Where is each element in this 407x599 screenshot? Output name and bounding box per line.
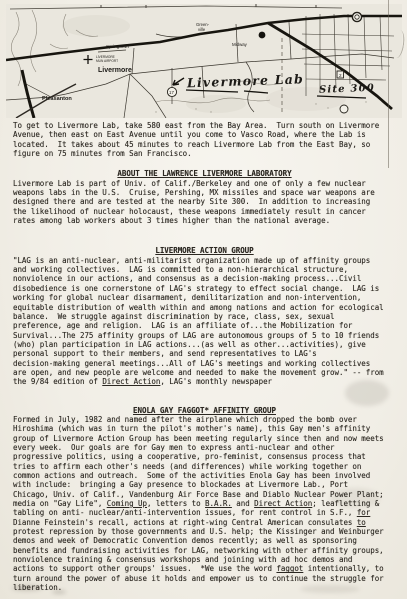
- text-line: tries to affirm each other's needs (and …: [13, 462, 396, 471]
- directions-paragraph: To get to Livermore Lab, take 580 east f…: [13, 121, 396, 158]
- text-line: demos and week of Democratic Convention …: [13, 536, 396, 545]
- town-label-livermore: Livermore: [98, 67, 132, 74]
- text-line: Chicago, Univ. of Calif., Vandenburg Air…: [13, 490, 396, 499]
- text-line: progressive politics, using a cooperativ…: [13, 452, 396, 461]
- text-line: nonviolence in our actions, and consensu…: [13, 274, 396, 283]
- airport-label-line2: MUN AIRPORT: [96, 59, 118, 63]
- text-line: "LAG is an anti-nuclear, anti-militarist…: [13, 256, 396, 265]
- route-shield-top-right: [352, 12, 361, 21]
- text-line: actions to support other groups' issues.…: [13, 564, 396, 573]
- scan-blotch: [62, 15, 130, 37]
- town-label-pleasanton: Pleasanton: [42, 96, 72, 102]
- route-shield-bottom: [340, 105, 348, 113]
- text-line: liberation.: [13, 583, 396, 592]
- text-line: and working collectives. LAG is committe…: [13, 265, 396, 274]
- text-line: Dianne Feinstein's recall, actions at ri…: [13, 518, 396, 527]
- county-route-2-marker: 2: [337, 71, 344, 78]
- section-heading-livermore-laboratory: ABOUT THE LAWRENCE LIVERMORE LABORATORY: [13, 169, 396, 178]
- enola-gay-affinity-group-paragraph: Formed in July, 1982 and named after the…: [13, 415, 396, 593]
- text-line: figure on 75 minutes from San Francisco.: [13, 149, 396, 158]
- text-line: Formed in July, 1982 and named after the…: [13, 415, 396, 424]
- livermore-laboratory-paragraph: Livermore Lab is part of Univ. of Calif.…: [13, 179, 396, 226]
- text-line: group of Livermore Action Group has been…: [13, 434, 396, 443]
- svg-text:2: 2: [339, 73, 342, 78]
- text-line: turn around the power of abuse it holds …: [13, 574, 396, 583]
- text-line: common actions and outreach. Some of the…: [13, 471, 396, 480]
- text-line: nonviolence training & consensus worksho…: [13, 555, 396, 564]
- livermore-action-group-paragraph: "LAG is an anti-nuclear, anti-militarist…: [13, 256, 396, 387]
- town-dot: [259, 32, 266, 39]
- text-line: To get to Livermore Lab, take 580 east f…: [13, 121, 396, 130]
- text-line: weapons labs in the U.S. Cruise, Pershin…: [13, 188, 396, 197]
- text-line: Hiroshima (which was in turn the pilot's…: [13, 424, 396, 433]
- scan-blotch: [186, 95, 246, 113]
- text-line: (who) plan participation in LAG actions.…: [13, 340, 396, 349]
- text-line: Livermore Lab is part of Univ. of Calif.…: [13, 179, 396, 188]
- text-line: Survival...The 275 affinity groups of LA…: [13, 331, 396, 340]
- handwritten-site-300-label: Site 300: [319, 83, 375, 96]
- text-line: disobedience is one cornerstone of LAG's…: [13, 284, 396, 293]
- text-line: the likelihood of nuclear holocaust, the…: [13, 207, 396, 216]
- section-heading-livermore-action-group: LIVERMORE ACTION GROUP: [13, 246, 396, 255]
- text-line: are open, and new people are welcome and…: [13, 368, 396, 377]
- town-label-midway: Midway: [232, 42, 248, 47]
- document-body: To get to Livermore Lab, take 580 east f…: [13, 121, 396, 592]
- text-line: Avenue, then east on East Avenue until y…: [13, 130, 396, 139]
- text-line: rates among lab workers about 3 times hi…: [13, 216, 396, 225]
- text-line: working for global nuclear disarmament, …: [13, 293, 396, 302]
- svg-text:17: 17: [169, 90, 174, 95]
- road-map: LIVERMORE MUN AIRPORT 17 2 Livermore Ple…: [6, 4, 402, 118]
- text-line: located. It takes about 45 minutes to re…: [13, 140, 396, 149]
- text-line: designed there and are tested at the nea…: [13, 197, 396, 206]
- text-line: decision-making general meetings...All o…: [13, 359, 396, 368]
- text-line: balance. We struggle against discriminat…: [13, 312, 396, 321]
- map-image: LIVERMORE MUN AIRPORT 17 2 Livermore Ple…: [6, 4, 402, 118]
- text-line: protest repression by those governments …: [13, 527, 396, 536]
- text-line: the 9/84 edition of Direct Action, LAG's…: [13, 377, 396, 386]
- text-line: media on "Gay Life", Coming Up, letters …: [13, 499, 396, 508]
- route-shield-17: 17: [167, 87, 176, 96]
- text-line: every week. Our goals are for Gay men to…: [13, 443, 396, 452]
- text-line: with include: bringing a Gay presence to…: [13, 480, 396, 489]
- text-line: benefits and fundraising activities for …: [13, 546, 396, 555]
- text-line: equitable distribution of wealth within …: [13, 303, 396, 312]
- text-line: personal support to their members, and s…: [13, 349, 396, 358]
- text-line: preference, age and religion. LAG is an …: [13, 321, 396, 330]
- text-line: tabling on anti- nuclear/anti-interventi…: [13, 508, 396, 517]
- scanned-flyer-page: LIVERMORE MUN AIRPORT 17 2 Livermore Ple…: [0, 0, 407, 599]
- town-label-springtown: Springtown: [106, 44, 129, 49]
- section-heading-enola-gay-affinity-group: ENOLA GAY FAGGOT* AFFINITY GROUP: [13, 406, 396, 415]
- town-label-greenville-2: ville: [198, 27, 206, 32]
